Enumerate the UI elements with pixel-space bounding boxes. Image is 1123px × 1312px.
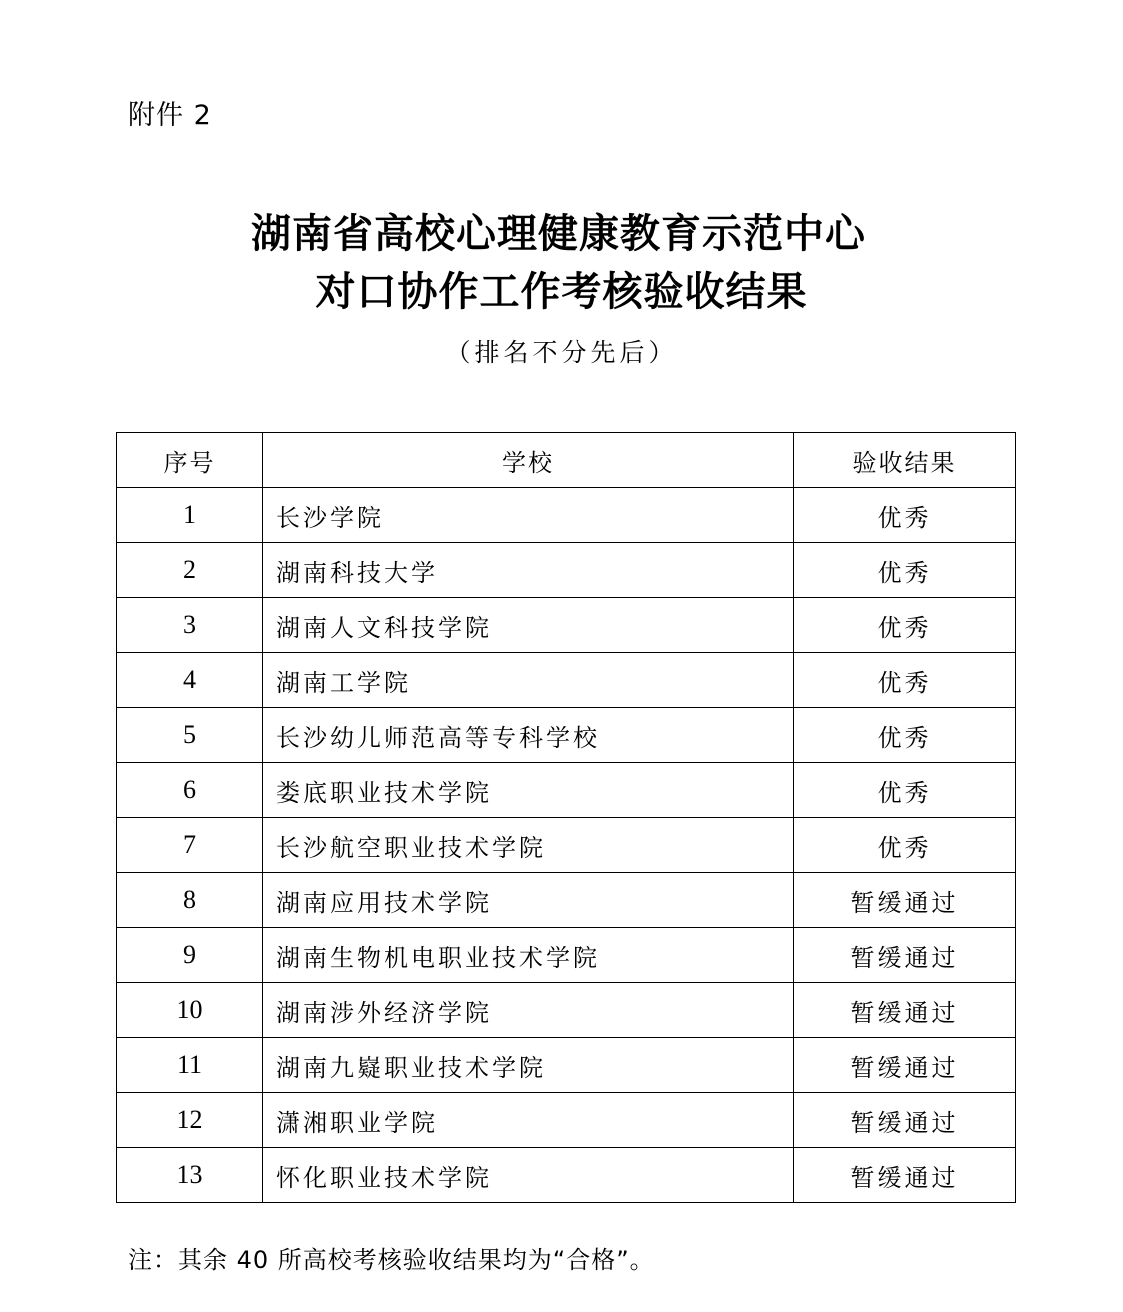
header-school: 学校: [263, 433, 794, 488]
table-row: 5 长沙幼儿师范高等专科学校 优秀: [117, 708, 1016, 763]
row-result: 优秀: [794, 598, 1016, 653]
row-school: 长沙航空职业技术学院: [263, 818, 794, 873]
row-result: 优秀: [794, 488, 1016, 543]
footnote: 注：其余 40 所高校考核验收结果均为“合格”。: [128, 1240, 655, 1280]
table-header-row: 序号 学校 验收结果: [117, 433, 1016, 488]
row-school: 湖南工学院: [263, 653, 794, 708]
table-row: 1 长沙学院 优秀: [117, 488, 1016, 543]
row-school: 怀化职业技术学院: [263, 1148, 794, 1203]
row-no: 5: [117, 708, 263, 763]
row-result: 优秀: [794, 653, 1016, 708]
row-result: 优秀: [794, 818, 1016, 873]
row-no: 3: [117, 598, 263, 653]
row-no: 6: [117, 763, 263, 818]
row-no: 1: [117, 488, 263, 543]
results-table: 序号 学校 验收结果 1 长沙学院 优秀 2 湖南科技大学 优秀 3 湖南人文科…: [116, 432, 1016, 1203]
row-no: 8: [117, 873, 263, 928]
row-no: 7: [117, 818, 263, 873]
row-school: 湖南人文科技学院: [263, 598, 794, 653]
row-school: 潇湘职业学院: [263, 1093, 794, 1148]
table-row: 9 湖南生物机电职业技术学院 暂缓通过: [117, 928, 1016, 983]
document-title-line-2: 对口协作工作考核验收结果: [0, 264, 1123, 320]
row-school: 娄底职业技术学院: [263, 763, 794, 818]
row-result: 暂缓通过: [794, 1093, 1016, 1148]
row-school: 湖南涉外经济学院: [263, 983, 794, 1038]
table-row: 10 湖南涉外经济学院 暂缓通过: [117, 983, 1016, 1038]
row-no: 4: [117, 653, 263, 708]
row-result: 暂缓通过: [794, 983, 1016, 1038]
document-title-line-1: 湖南省高校心理健康教育示范中心: [0, 206, 1120, 262]
row-no: 9: [117, 928, 263, 983]
row-school: 湖南九嶷职业技术学院: [263, 1038, 794, 1093]
header-no: 序号: [117, 433, 263, 488]
row-school: 长沙学院: [263, 488, 794, 543]
table-row: 12 潇湘职业学院 暂缓通过: [117, 1093, 1016, 1148]
row-no: 12: [117, 1093, 263, 1148]
row-no: 10: [117, 983, 263, 1038]
row-no: 13: [117, 1148, 263, 1203]
table-row: 2 湖南科技大学 优秀: [117, 543, 1016, 598]
row-result: 优秀: [794, 763, 1016, 818]
row-no: 11: [117, 1038, 263, 1093]
row-result: 优秀: [794, 543, 1016, 598]
table-row: 4 湖南工学院 优秀: [117, 653, 1016, 708]
row-result: 暂缓通过: [794, 1038, 1016, 1093]
header-result: 验收结果: [794, 433, 1016, 488]
row-no: 2: [117, 543, 263, 598]
row-school: 长沙幼儿师范高等专科学校: [263, 708, 794, 763]
row-result: 优秀: [794, 708, 1016, 763]
table-row: 8 湖南应用技术学院 暂缓通过: [117, 873, 1016, 928]
table-row: 13 怀化职业技术学院 暂缓通过: [117, 1148, 1016, 1203]
row-result: 暂缓通过: [794, 928, 1016, 983]
table-row: 6 娄底职业技术学院 优秀: [117, 763, 1016, 818]
row-result: 暂缓通过: [794, 1148, 1016, 1203]
table-row: 3 湖南人文科技学院 优秀: [117, 598, 1016, 653]
table-row: 7 长沙航空职业技术学院 优秀: [117, 818, 1016, 873]
row-school: 湖南应用技术学院: [263, 873, 794, 928]
table-row: 11 湖南九嶷职业技术学院 暂缓通过: [117, 1038, 1016, 1093]
row-school: 湖南生物机电职业技术学院: [263, 928, 794, 983]
document-subtitle: （排名不分先后）: [0, 333, 1123, 373]
row-result: 暂缓通过: [794, 873, 1016, 928]
attachment-label: 附件 2: [128, 96, 212, 136]
row-school: 湖南科技大学: [263, 543, 794, 598]
